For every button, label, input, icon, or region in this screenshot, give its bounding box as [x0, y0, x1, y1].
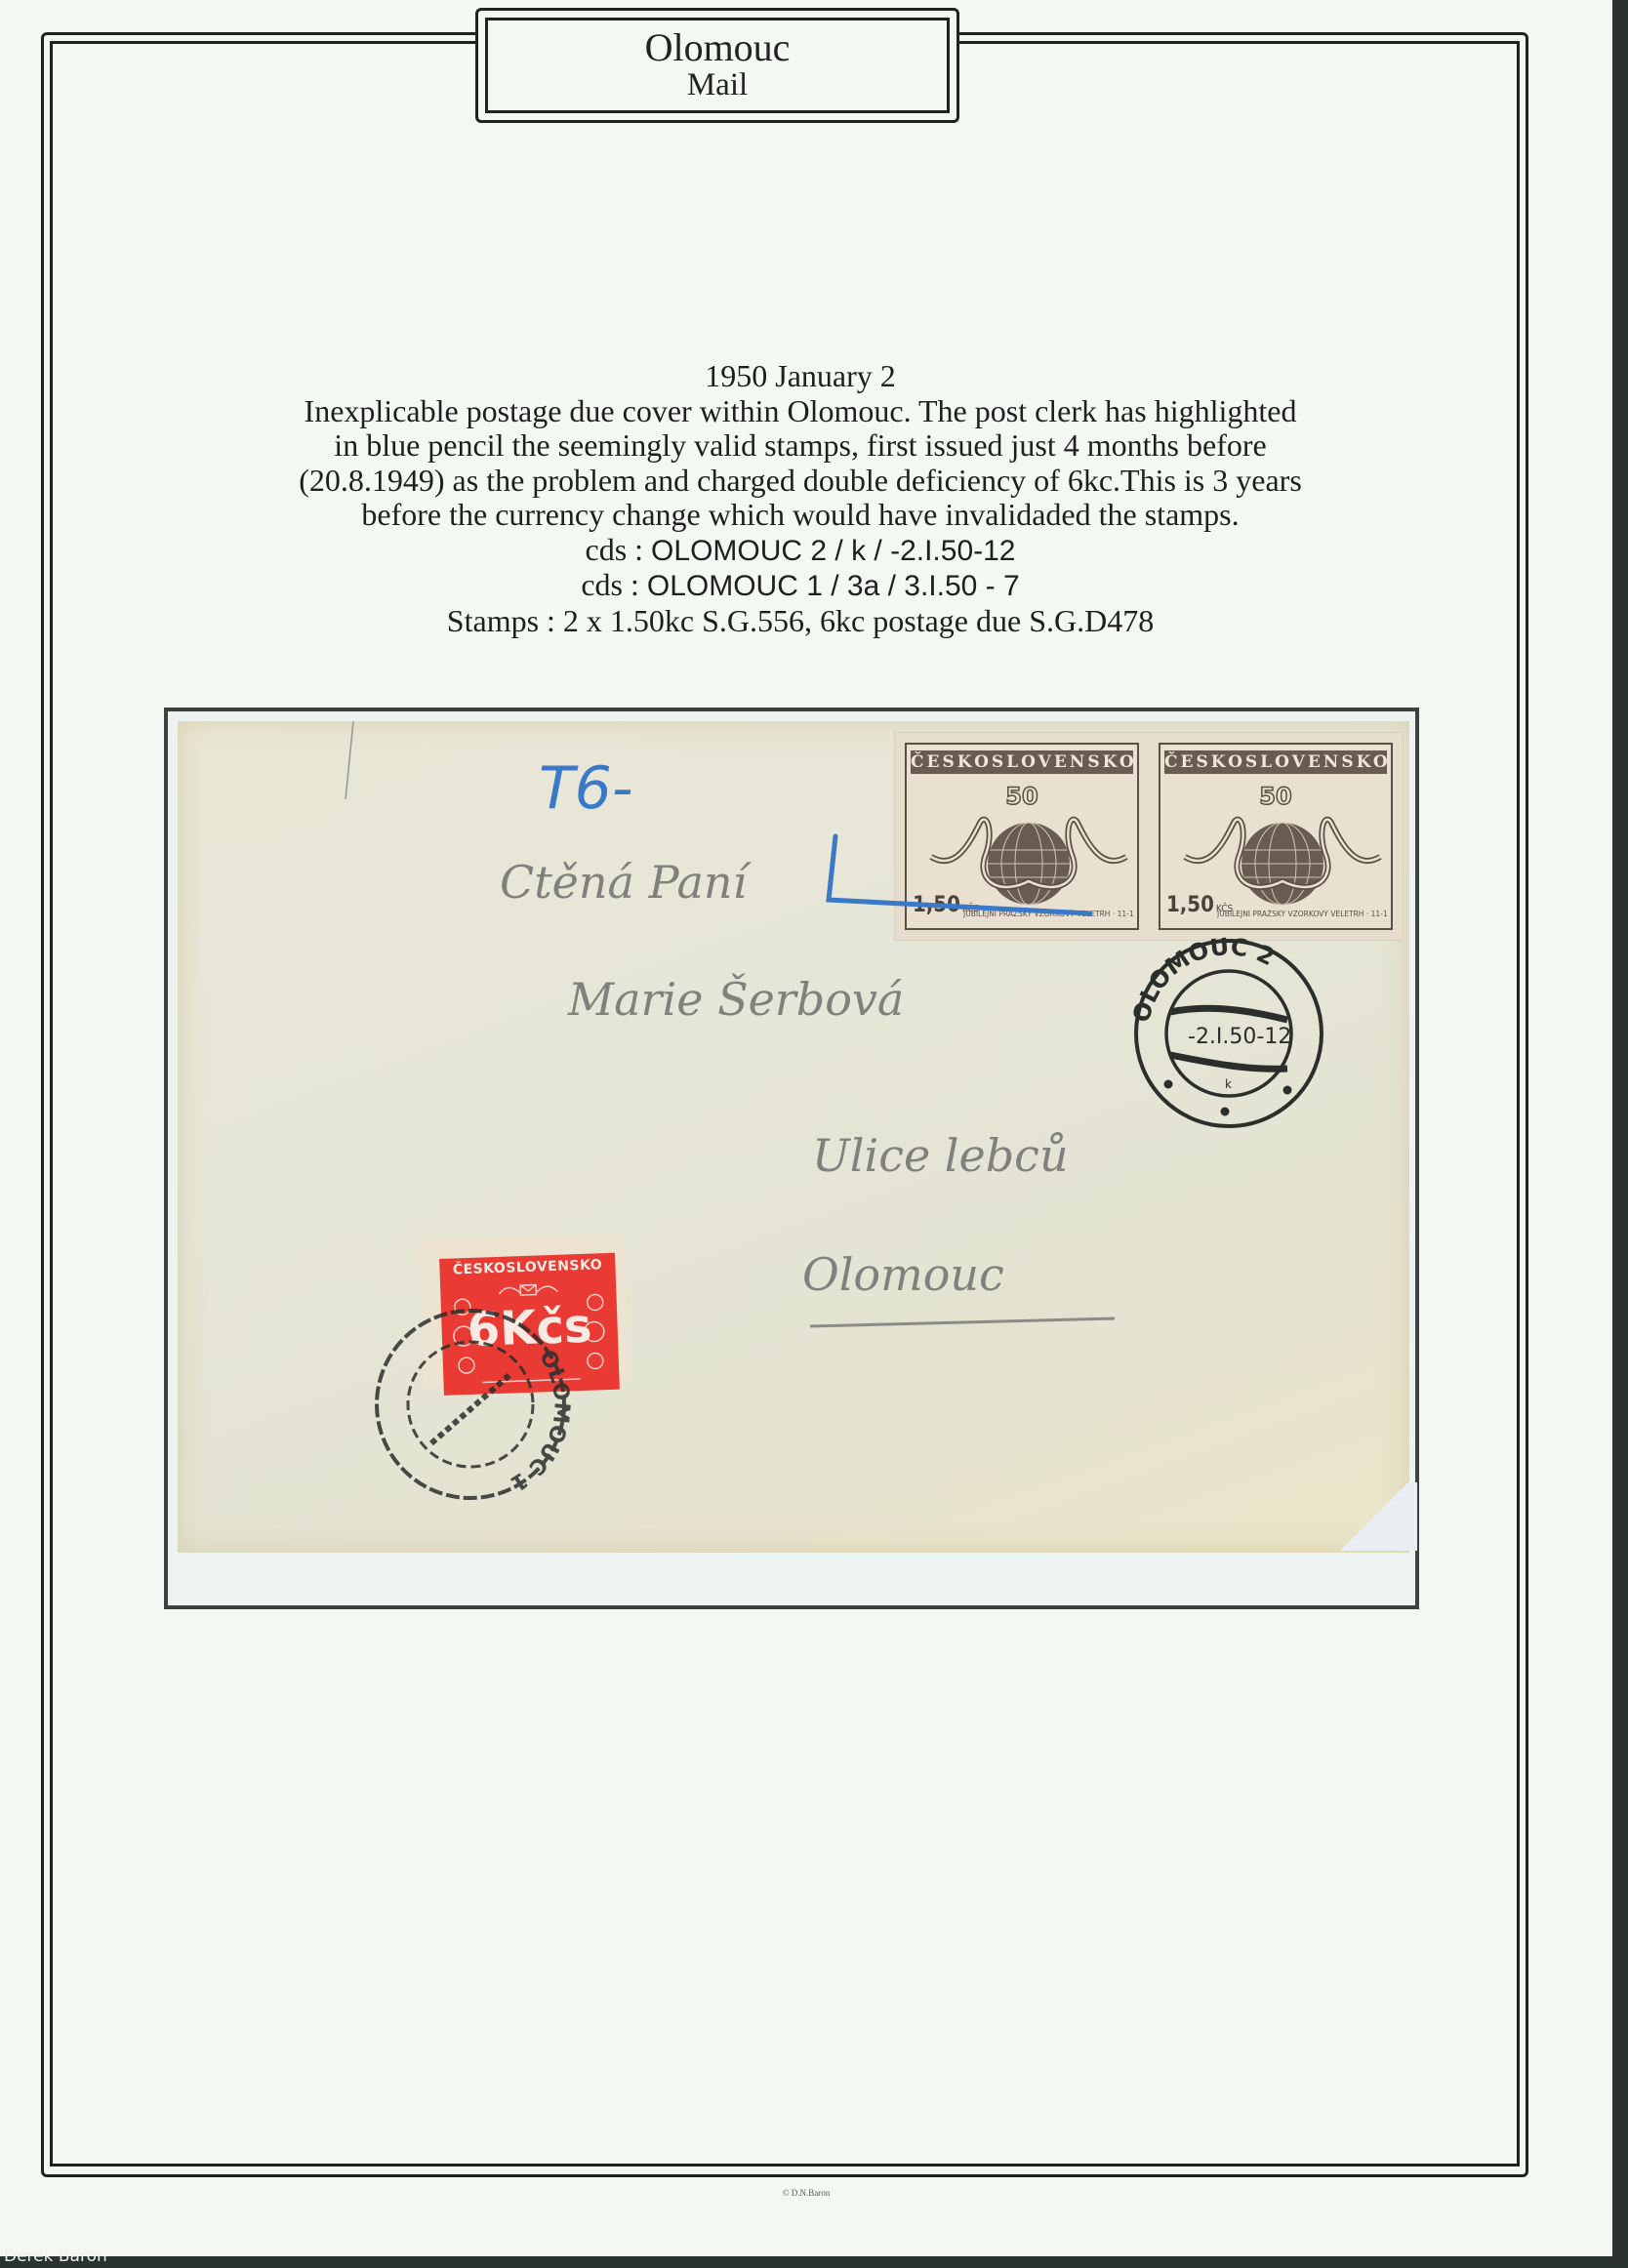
- album-page: Olomouc Mail 1950 January 2 Inexplicable…: [0, 0, 1612, 2256]
- stamps-line: Stamps : 2 x 1.50kc S.G.556, 6kc postage…: [117, 604, 1484, 639]
- cds-line-1: cds : OLOMOUC 2 / k / -2.I.50-12: [117, 533, 1484, 569]
- svg-text:-2.I.50-12: -2.I.50-12: [1188, 1025, 1291, 1049]
- cover-markings: -2.I.50-12 k OLOMOUC 2 OLOMOUC 1: [178, 721, 1409, 1553]
- watermark: Derek Baron: [4, 2247, 107, 2266]
- description-line: Inexplicable postage due cover within Ol…: [117, 394, 1484, 429]
- cds-value: OLOMOUC 2 / k / -2.I.50-12: [651, 535, 1015, 567]
- svg-text:OLOMOUC 1: OLOMOUC 1: [506, 1346, 573, 1495]
- title-box: Olomouc Mail: [475, 8, 959, 123]
- cover-mount: T6- Ctěná Paní Marie Šerbová Ulice lebců…: [164, 708, 1419, 1609]
- blue-pencil-bracket: [829, 836, 1090, 913]
- postmark-olomouc-1: OLOMOUC 1: [377, 1311, 574, 1498]
- description-line: (20.8.1949) as the problem and charged d…: [117, 464, 1484, 499]
- page-title: Olomouc: [645, 28, 791, 67]
- description-date: 1950 January 2: [117, 359, 1484, 394]
- description: 1950 January 2 Inexplicable postage due …: [117, 359, 1484, 638]
- page-subtitle: Mail: [687, 67, 748, 102]
- svg-text:k: k: [1225, 1077, 1232, 1091]
- copyright-notice: © D.N.Baron: [0, 2188, 1612, 2198]
- description-line: in blue pencil the seemingly valid stamp…: [117, 428, 1484, 464]
- cds-value: OLOMOUC 1 / 3a / 3.I.50 - 7: [647, 570, 1020, 602]
- cds-label: cds :: [581, 567, 647, 602]
- postmark-olomouc-2: -2.I.50-12 k OLOMOUC 2: [1127, 933, 1322, 1126]
- envelope: T6- Ctěná Paní Marie Šerbová Ulice lebců…: [178, 721, 1409, 1553]
- cds-label: cds :: [586, 532, 652, 567]
- description-line: before the currency change which would h…: [117, 498, 1484, 533]
- cds-line-2: cds : OLOMOUC 1 / 3a / 3.I.50 - 7: [117, 568, 1484, 604]
